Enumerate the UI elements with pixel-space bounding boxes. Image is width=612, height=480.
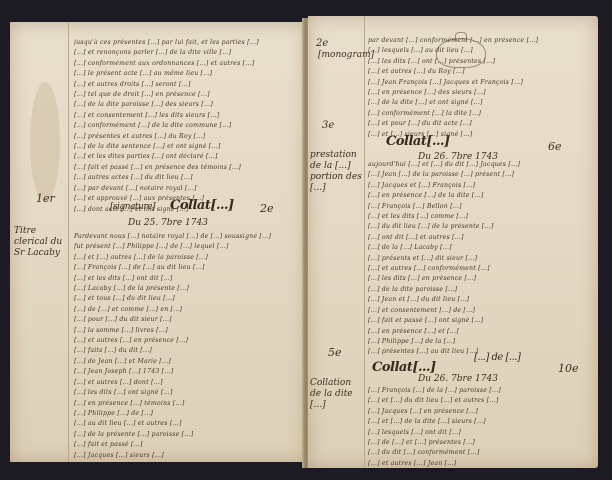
left-margin-rule: [68, 22, 69, 462]
right-page-entry-text: aujourd'hui [...] et [...] du dit [...] …: [368, 160, 594, 358]
text-line: [...] Jacques et [...] François [...]: [368, 181, 594, 191]
text-line: [...] Jean François [...] Jacques et Fra…: [368, 78, 594, 88]
entry-date: Du 25. 7bre 1743: [128, 218, 208, 228]
margin-monogram: [monogram]: [318, 50, 374, 60]
text-line: [...] Jean [...] de la paroisse [...] pr…: [368, 170, 594, 180]
text-line: [...] Jean et [...] du dit lieu [...]: [368, 295, 594, 305]
text-line: jusqu'à ces présentes [...] par lui fait…: [74, 38, 302, 48]
text-line: [...] et autres [...] en présence [...]: [74, 336, 302, 346]
text-line: [...] conformément [...] de la dite comm…: [74, 121, 302, 131]
text-line: [...] et autres droits [...] seront [...…: [74, 80, 302, 90]
left-page: jusqu'à ces présentes [...] par lui fait…: [10, 22, 306, 462]
text-line: [...] de la [...] Lacaby [...]: [368, 243, 594, 253]
text-line: [...] fait et passé [...] en présence de…: [74, 163, 302, 173]
text-line: [...] du dit lieu [...] de la présente […: [368, 222, 594, 232]
text-line: [...] en présence [...] et [...]: [368, 327, 594, 337]
text-line: [...] et autres [...] dont [...]: [74, 378, 302, 388]
page-number: 6e: [548, 140, 562, 153]
text-line: [...] de la dite [...] et ont signé [...…: [368, 98, 594, 108]
text-line: [...] et autres [...] du Roy [...]: [368, 67, 594, 77]
text-line: fut présent [...] Philippe [...] de [...…: [74, 242, 302, 252]
text-line: [...] ont dit [...] et autres [...]: [368, 233, 594, 243]
text-line: [...] les dits [...] en présence [...]: [368, 274, 594, 284]
text-line: [...] et consentement [...] de [...]: [368, 306, 594, 316]
text-line: [...] et consentement [...] les dits sie…: [74, 111, 302, 121]
text-line: aujourd'hui [...] et [...] du dit [...] …: [368, 160, 594, 170]
text-line: [...] la somme [...] livres [...]: [74, 326, 302, 336]
text-line: [...] et renonçons parler [...] de la di…: [74, 48, 302, 58]
text-line: [...] présentes et autres [...] du Roy […: [74, 132, 302, 142]
text-line: [...] et les dits [...] ont dit [...]: [74, 274, 302, 284]
margin-note: Collation de la dite [...]: [310, 378, 364, 411]
text-line: [...] présents et [...] dit sieur [...]: [368, 254, 594, 264]
margin-number: 1er: [36, 192, 55, 205]
text-line: [...] et autres [...] conformément [...]: [368, 264, 594, 274]
text-line: [...] et autres [...] Jean [...]: [368, 459, 594, 468]
text-line: [...] faits [...] du dit [...]: [74, 346, 302, 356]
margin-number: 5e: [328, 346, 342, 359]
text-line: [...] en présence [...] de la dite [...]: [368, 191, 594, 201]
text-line: [...] en présence [...] des sieurs [...]: [368, 88, 594, 98]
margin-note: Titre clerical du Sr Lacaby: [14, 226, 68, 259]
right-margin-rule: [364, 16, 365, 468]
left-page-entry-text: Pardevant nous [...] notaire royal [...]…: [74, 232, 302, 462]
margin-number: 2e: [316, 38, 328, 49]
page-number: 10e: [558, 362, 579, 375]
text-line: [...] de Jean [...] et Marie [...]: [74, 357, 302, 367]
text-line: [...] François [...] de [...] au dit lie…: [74, 263, 302, 273]
text-line: [...] lesquels [...] au dit lieu [...]: [368, 46, 594, 56]
paper-stain: [30, 82, 60, 202]
text-line: [...] de la dite paroisse [...] des sieu…: [74, 100, 302, 110]
text-line: [...] et [...] de la dite [...] sieurs […: [368, 417, 594, 427]
text-line: [...] Jacques [...] sieurs [...]: [74, 451, 302, 461]
margin-note: prestation de la [...] portion des [...]: [310, 150, 364, 194]
text-line: [...] Jean Joseph [...] 1743 [...]: [74, 367, 302, 377]
entry-date: Du 26. 7bre 1743: [418, 374, 498, 384]
text-line: [...] et le dit [...] ont [...]: [74, 461, 302, 462]
text-line: [...] tel que de droit [...] en présence…: [74, 90, 302, 100]
signature: Collat[...]: [372, 360, 436, 375]
text-line: [...] de la dite paroisse [...]: [368, 285, 594, 295]
text-line: [...] lesquels [...] ont dit [...]: [368, 428, 594, 438]
text-line: [...] le présent acte [...] au même lieu…: [74, 69, 302, 79]
text-line: [...] pour [...] du dit sieur [...]: [74, 315, 302, 325]
text-line: [...] Jacques [...] en présence [...]: [368, 407, 594, 417]
open-register-book: jusqu'à ces présentes [...] par lui fait…: [10, 10, 602, 472]
text-line: [...] François [...] Bellon [...]: [368, 202, 594, 212]
text-line: [...] et les dites parties [...] ont déc…: [74, 152, 302, 162]
right-page: 2e [monogram] par devant [...] conformém…: [308, 16, 598, 468]
right-page-body-text: par devant [...] conformément [...] en p…: [368, 36, 594, 140]
text-line: [...] Philippe [...] de la [...]: [368, 337, 594, 347]
text-line: [...] et [...] du dit lieu [...] et autr…: [368, 396, 594, 406]
signature: [...] de [...]: [474, 352, 520, 363]
text-line: Pardevant nous [...] notaire royal [...]…: [74, 232, 302, 242]
right-page-entry-2-text: [...] François [...] de la [...] paroiss…: [368, 386, 594, 468]
signature: Collat[...]: [170, 198, 234, 213]
text-line: [...] fait et passé [...] ont signé [...…: [368, 316, 594, 326]
text-line: [...] et pour [...] du dit acte [...]: [368, 119, 594, 129]
text-line: [...] de [...] et [...] présentes [...]: [368, 438, 594, 448]
text-line: [...] et les dits [...] comme [...]: [368, 212, 594, 222]
margin-number: 2e: [260, 202, 274, 215]
text-line: [...] Philippe [...] de [...]: [74, 409, 302, 419]
text-line: [...] autres actes [...] du dit lieu [..…: [74, 173, 302, 183]
margin-number: 3e: [322, 120, 334, 131]
left-page-body-text: jusqu'à ces présentes [...] par lui fait…: [74, 38, 302, 215]
text-line: [...] et tous [...] du dit lieu [...]: [74, 294, 302, 304]
text-line: par devant [...] conformément [...] en p…: [368, 36, 594, 46]
text-line: [...] du dit [...] conformément [...]: [368, 448, 594, 458]
text-line: [...] en présence [...] témoins [...]: [74, 399, 302, 409]
text-line: [...] de la présente [...] paroisse [...…: [74, 430, 302, 440]
text-line: [...] les dits [...] ont [...] présentes…: [368, 57, 594, 67]
text-line: [...] de [...] et comme [...] en [...]: [74, 305, 302, 315]
signature: Collat[...]: [386, 134, 450, 149]
text-line: [...] conformément [...] la dite [...]: [368, 109, 594, 119]
text-line: [...] par devant [...] notaire royal [..…: [74, 184, 302, 194]
text-line: [...] au dit lieu [...] et autres [...]: [74, 419, 302, 429]
text-line: [...] de la dite sentence [...] et ont s…: [74, 142, 302, 152]
text-line: [...] et [...] autres [...] de la parois…: [74, 253, 302, 263]
text-line: [...] fait et passé [...]: [74, 440, 302, 450]
text-line: [...] Lacaby [...] de la présente [...]: [74, 284, 302, 294]
text-line: [...] les dits [...] ont signé [...]: [74, 388, 302, 398]
signature: [signature]: [110, 202, 155, 212]
text-line: [...] conformément aux ordonnances [...]…: [74, 59, 302, 69]
text-line: [...] François [...] de la [...] paroiss…: [368, 386, 594, 396]
